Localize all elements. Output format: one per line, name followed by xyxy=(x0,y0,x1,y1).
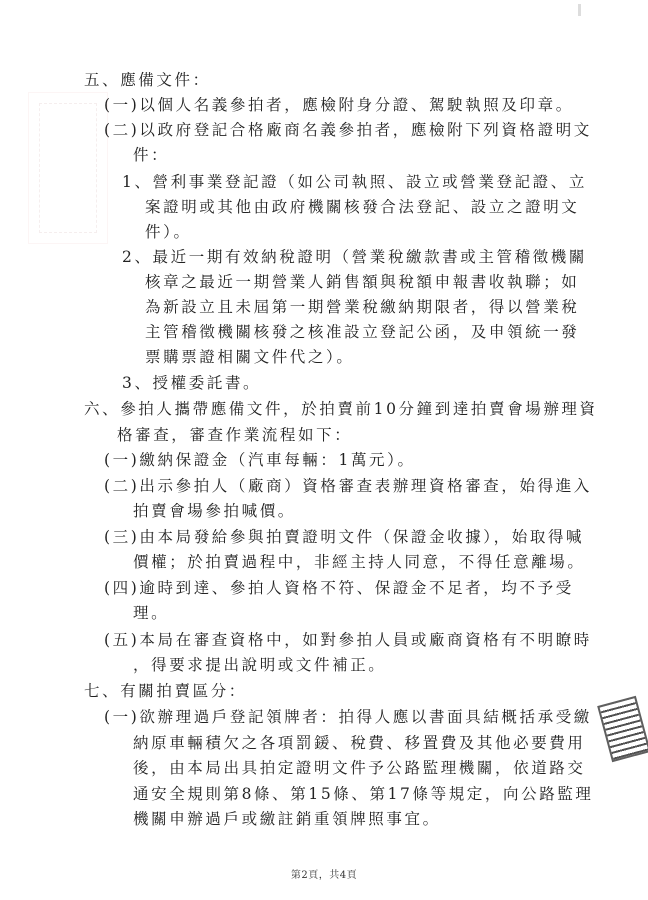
item-5-2-1-cont: 件）。 xyxy=(145,222,192,242)
item-7-1: (一)欲辦理過戶登記領牌者：拍得人應以書面具結概括承受繳 xyxy=(104,707,592,727)
section-6-cont: 格審查，審查作業流程如下： xyxy=(117,425,352,445)
item-6-3-cont: 價權；於拍賣過程中，非經主持人同意，不得任意離場。 xyxy=(133,552,586,572)
item-6-5-cont: ，得要求提出說明或文件補正。 xyxy=(133,655,386,675)
item-7-1-cont: 納原車輛積欠之各項罰鍰、稅費、移置費及其他必要費用 xyxy=(133,733,586,753)
item-5-2-2-cont: 為新設立且未屆第一期營業稅繳納期限者，得以營業稅 xyxy=(145,297,579,317)
faded-seal-stamp xyxy=(28,92,108,244)
item-7-1-cont: 後，由本局出具拍定證明文件予公路監理機關，依道路交 xyxy=(133,758,586,778)
item-5-2-cont: 件： xyxy=(133,145,169,165)
scan-mark xyxy=(578,4,581,16)
item-5-2-1: 1、營利事業登記證（如公司執照、設立或營業登記證、立 xyxy=(122,172,587,192)
item-6-4: (四)逾時到達、參拍人資格不符、保證金不足者，均不予受 xyxy=(104,578,574,598)
item-6-1: (一)繳納保證金（汽車每輛：1萬元）。 xyxy=(104,450,416,470)
seal-stamp-icon xyxy=(597,696,648,762)
section-heading-6: 六、參拍人攜帶應備文件，於拍賣前10分鐘到達拍賣會場辦理資 xyxy=(84,399,598,419)
item-6-2-cont: 拍賣會場參拍喊價。 xyxy=(133,501,296,521)
item-5-1: (一)以個人名義參拍者，應檢附身分證、駕駛執照及印章。 xyxy=(104,95,574,115)
item-6-5: (五)本局在審查資格中，如對參拍人員或廠商資格有不明瞭時 xyxy=(104,630,592,650)
section-heading-5: 五、應備文件： xyxy=(84,70,211,90)
item-5-2-1-cont: 案證明或其他由政府機關核發合法登記、設立之證明文 xyxy=(145,197,579,217)
page-number-footer: 第2頁，共4頁 xyxy=(0,866,648,881)
item-6-2: (二)出示參拍人（廠商）資格審查表辦理資格審查，始得進入 xyxy=(104,476,592,496)
item-6-4-cont: 理。 xyxy=(133,603,169,623)
item-5-2-2-cont: 票購票證相關文件代之）。 xyxy=(145,347,354,367)
document-page: 五、應備文件： (一)以個人名義參拍者，應檢附身分證、駕駛執照及印章。 (二)以… xyxy=(0,0,648,900)
item-7-1-cont: 機關申辦過戶或繳註銷重領牌照事宜。 xyxy=(133,809,441,829)
item-5-2: (二)以政府登記合格廠商名義參拍者，應檢附下列資格證明文 xyxy=(104,120,592,140)
item-5-2-2: 2、最近一期有效納稅證明（營業稅繳款書或主管稽徵機關 xyxy=(122,247,587,267)
item-6-3: (三)由本局發給參與拍賣證明文件（保證金收據），始取得喊 xyxy=(104,527,584,547)
item-5-2-2-cont: 核章之最近一期營業人銷售額與稅額申報書收執聯；如 xyxy=(145,272,579,292)
item-5-2-2-cont: 主管稽徵機關核發之核准設立登記公函，及申領統一發 xyxy=(145,322,579,342)
section-heading-7: 七、有關拍賣區分： xyxy=(84,681,247,701)
item-5-2-3: 3、授權委託書。 xyxy=(122,373,261,393)
item-7-1-cont: 通安全規則第8條、第15條、第17條等規定，向公路監理 xyxy=(133,784,594,804)
